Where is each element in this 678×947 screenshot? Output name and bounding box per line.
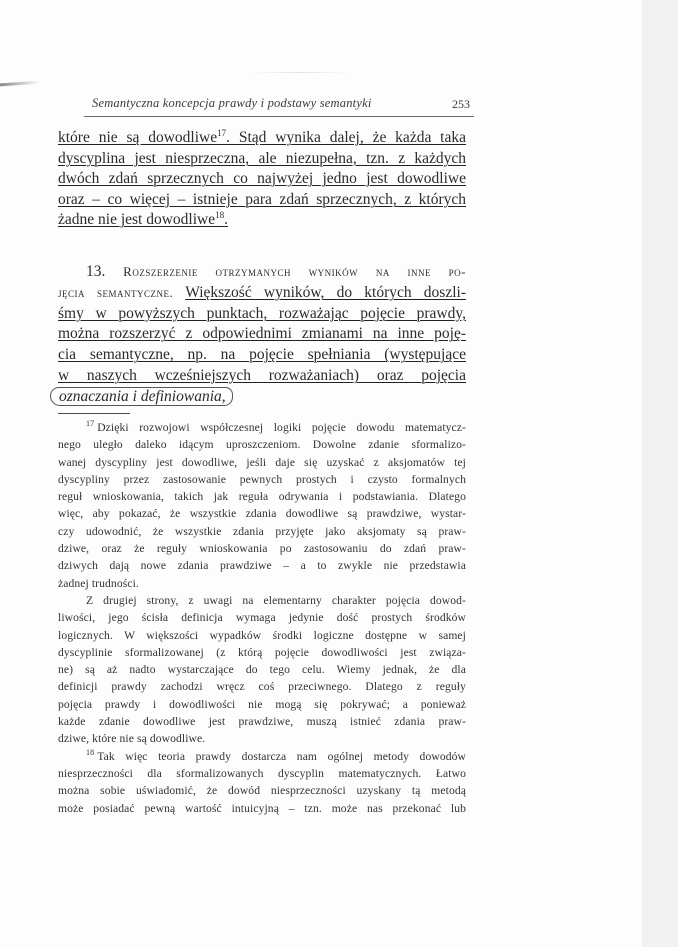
- footnote-17-para2-line: definicji prawdy zachodzi wręcz coś prze…: [58, 678, 466, 695]
- scan-artifact: [0, 81, 40, 87]
- text-line: można rozszerzyć z odpowiednimi zmianami…: [58, 324, 466, 345]
- text-line: cia semantyczne, np. na pojęcie spełnian…: [58, 345, 466, 366]
- footnote-17-para2-line: pojęcia prawdy i dowodliwości nie mogą s…: [58, 696, 466, 713]
- footnote-17-line: dziwych dają nowe zdania prawdziwe – a t…: [58, 557, 466, 574]
- section-13: 13. Rozszerzenie otrzymanych wyników na …: [58, 262, 466, 408]
- footnote-18-line: 18Tak więc teoria prawdy dostarcza nam o…: [58, 748, 466, 765]
- footnote-17-line: 17Dzięki rozwojowi współczesnej logiki p…: [58, 419, 466, 436]
- section-number: 13.: [86, 263, 105, 280]
- footnote-17-line: dyscypliny przez zastosowanie pewnych pr…: [58, 471, 466, 488]
- footnote-marker-18: 18: [86, 748, 94, 757]
- text-line: dyscyplina jest niesprzeczna, ale niezup…: [58, 149, 466, 170]
- footnotes: 17Dzięki rozwojowi współczesnej logiki p…: [58, 419, 466, 817]
- footnote-ref-17[interactable]: 17: [217, 128, 226, 138]
- text-line: w naszych wcześniejszych rozważaniach) o…: [58, 366, 466, 387]
- footnote-17-para2-line: liwości, jego ścisła definicja wymaga je…: [58, 609, 466, 626]
- footnote-17-para2-line: dyscyplinie sformalizowanej (z którą poj…: [58, 644, 466, 661]
- footnote-17-line: więc, aby pokazać, że wszystkie zdania d…: [58, 505, 466, 522]
- footnote-marker-17: 17: [86, 419, 94, 428]
- footnote-17-line: dziwe, oraz że reguły wnioskowania po za…: [58, 540, 466, 557]
- footnote-17-line: nego uległo daleko idącym uproszczeniom.…: [58, 436, 466, 453]
- footnote-18-line: może posiadać pewną wartość intuicyjną –…: [58, 800, 466, 817]
- text-line: żadne nie jest dowodliwe18.: [58, 210, 466, 231]
- footnote-17-line: wanej dyscypliny jest dowodliwe, jeśli d…: [58, 454, 466, 471]
- footnote-18-line: niesprzeczności dla sformalizowanych dys…: [58, 765, 466, 782]
- text-line: dwóch zdań sprzecznych co najwyżej jedno…: [58, 169, 466, 190]
- section-heading-line: 13. Rozszerzenie otrzymanych wyników na …: [58, 262, 466, 283]
- text-line: oznaczania i definiowania,: [58, 387, 466, 408]
- footnote-17-line: reguł wnioskowania, takich jak reguła od…: [58, 488, 466, 505]
- footnote-17-para2-line: ne) są aż nadto wystarczające do tego ce…: [58, 661, 466, 678]
- section-heading: Rozszerzenie otrzymanych wyników na inne…: [123, 264, 466, 279]
- footnote-17-line: czy udowodnić, że wszystkie zdania przyj…: [58, 523, 466, 540]
- footnote-ref-18[interactable]: 18: [215, 210, 224, 220]
- scan-artifact: [250, 72, 350, 73]
- text-line: oraz – co więcej – istnieje para zdań sp…: [58, 190, 466, 211]
- page-number: 253: [452, 97, 470, 112]
- section-heading-cont: jęcia semantyczne.: [58, 285, 173, 300]
- footnote-divider: [58, 413, 130, 414]
- text-line: śmy w powyższych punktach, rozważając po…: [58, 304, 466, 325]
- section-heading-line: jęcia semantyczne. Większość wyników, do…: [58, 283, 466, 304]
- text-line: które nie są dowodliwe17. Stąd wynika da…: [58, 128, 466, 149]
- footnote-17-para2-line: logicznych. W większości wypadków środki…: [58, 627, 466, 644]
- book-page: Semantyczna koncepcja prawdy i podstawy …: [0, 0, 643, 947]
- footnote-17-line: żadnej trudności.: [58, 575, 466, 592]
- body-paragraph: które nie są dowodliwe17. Stąd wynika da…: [58, 128, 466, 231]
- footnote-17-para2-line: dziwe, które nie są dowodliwe.: [58, 730, 466, 747]
- footnote-17-para2-line: Z drugiej strony, z uwagi na elementarny…: [58, 592, 466, 609]
- footnote-18-line: można sobie uświadomić, że dowód niesprz…: [58, 782, 466, 799]
- running-head-title: Semantyczna koncepcja prawdy i podstawy …: [92, 96, 372, 111]
- page-edge: [642, 0, 678, 947]
- circled-annotation: oznaczania i definiowania,: [50, 387, 233, 406]
- footnote-17-para2-line: każde zdanie dowodliwe jest prawdziwe, m…: [58, 713, 466, 730]
- running-header: Semantyczna koncepcja prawdy i podstawy …: [84, 94, 474, 117]
